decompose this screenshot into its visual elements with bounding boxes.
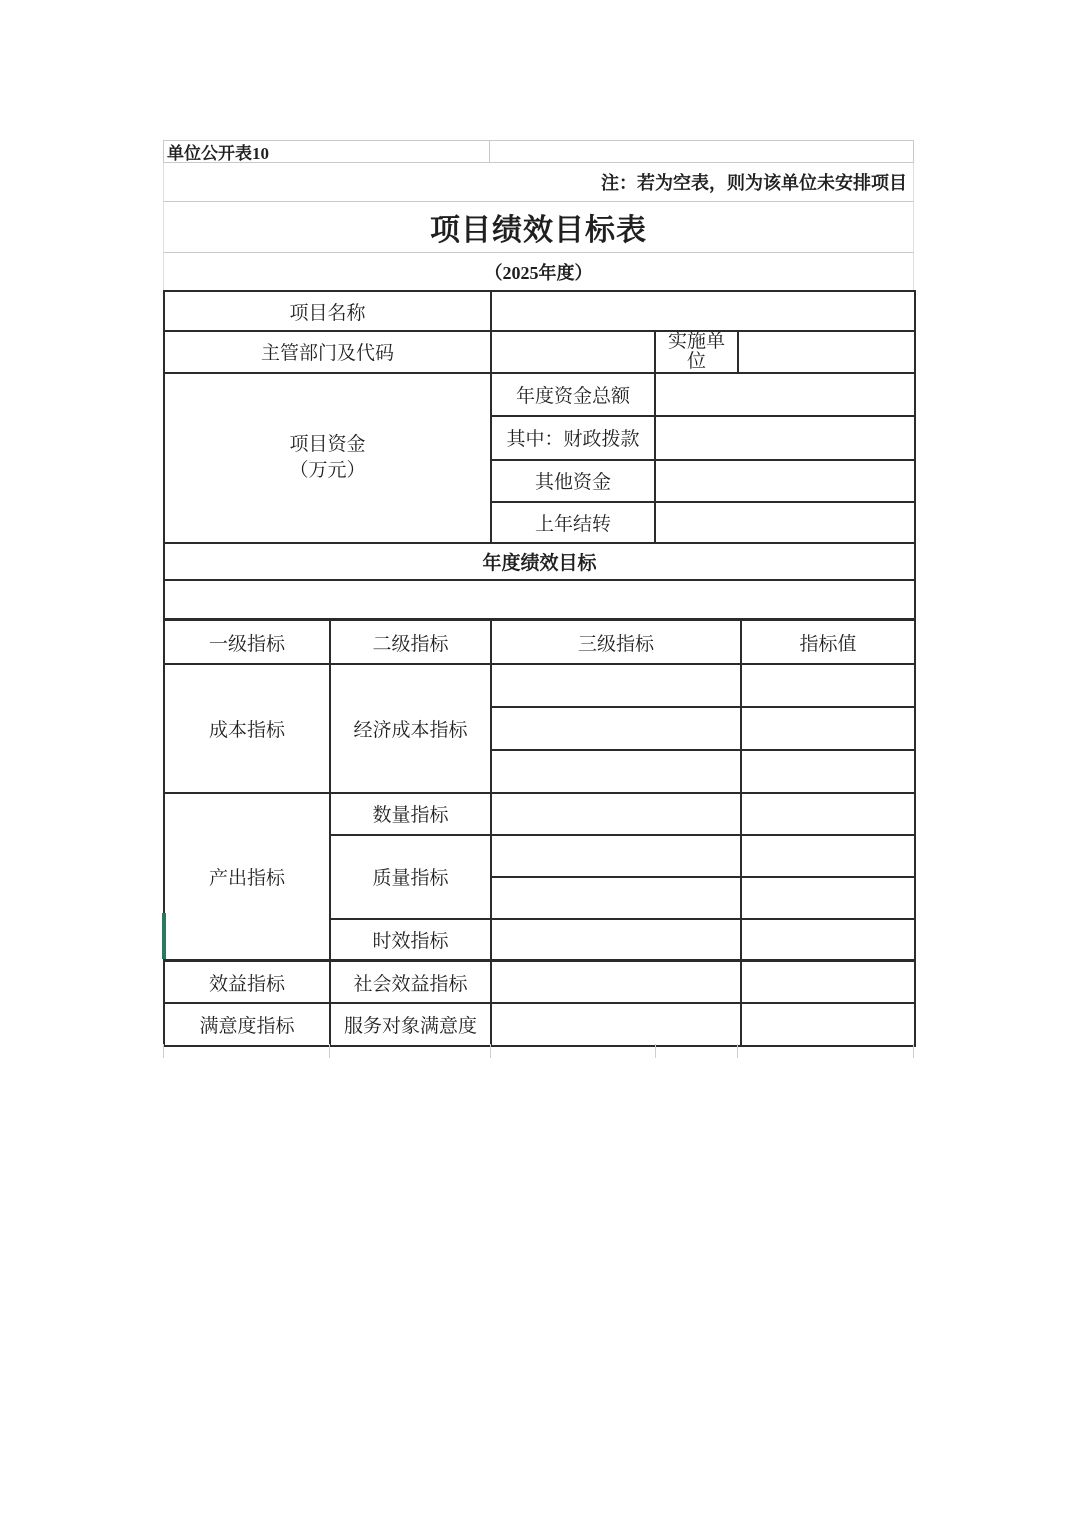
col-header-level1: 一级指标	[164, 620, 330, 664]
department-value-cell[interactable]	[491, 331, 655, 373]
indicator-value-cell[interactable]	[741, 664, 915, 707]
main-table: 项目名称 主管部门及代码 实施单位 项目资金 （万元） 年度资金总额 其中：财政…	[163, 290, 916, 1047]
col-header-level2: 二级指标	[330, 620, 491, 664]
indicator-value-cell[interactable]	[741, 1003, 915, 1046]
level3-detail-cell[interactable]	[491, 793, 741, 835]
level2-cell-timeliness: 时效指标	[330, 919, 491, 961]
col-header-value: 指标值	[741, 620, 915, 664]
gridline-stub	[490, 1044, 491, 1058]
document-canvas: 单位公开表10 注：若为空表，则为该单位未安排项目 项目绩效目标表 （2025年…	[0, 0, 1074, 1520]
funds-item-label-cell: 年度资金总额	[491, 373, 655, 416]
gridline-stub	[329, 1044, 330, 1058]
funds-item-label-cell: 其中：财政拨款	[491, 416, 655, 460]
level1-cell-satisfaction: 满意度指标	[164, 1003, 330, 1046]
level2-cell-economic-cost: 经济成本指标	[330, 664, 491, 793]
note-text: 注：若为空表，则为该单位未安排项目	[601, 169, 907, 195]
indicator-value-cell[interactable]	[741, 750, 915, 793]
indicator-value-cell[interactable]	[741, 707, 915, 750]
department-label-cell: 主管部门及代码	[164, 331, 491, 373]
level3-detail-cell[interactable]	[491, 750, 741, 793]
gridline-divider	[489, 141, 490, 162]
gridline-stub	[163, 1044, 164, 1058]
funds-item-value-cell[interactable]	[655, 460, 915, 502]
col-header-level3: 三级指标	[491, 620, 741, 664]
funds-label-cell: 项目资金 （万元）	[164, 373, 491, 543]
indicator-value-cell[interactable]	[741, 835, 915, 877]
level3-detail-cell[interactable]	[491, 919, 741, 961]
level3-detail-cell[interactable]	[491, 961, 741, 1003]
note-row: 注：若为空表，则为该单位未安排项目	[163, 163, 914, 202]
level3-detail-cell[interactable]	[491, 707, 741, 750]
project-name-value-cell[interactable]	[491, 291, 915, 331]
project-name-label-cell: 项目名称	[164, 291, 491, 331]
level2-cell-quantity: 数量指标	[330, 793, 491, 835]
level2-cell-quality: 质量指标	[330, 835, 491, 919]
gridline-stub	[913, 1044, 914, 1058]
sheet-label: 单位公开表10	[167, 139, 269, 164]
level3-detail-cell[interactable]	[491, 664, 741, 707]
title-row: 项目绩效目标表	[163, 202, 914, 253]
indicator-value-cell[interactable]	[741, 793, 915, 835]
subtitle-row: （2025年度）	[163, 253, 914, 290]
overall-goal-cell[interactable]	[164, 580, 915, 620]
level1-cell-output: 产出指标	[164, 793, 330, 961]
funds-item-value-cell[interactable]	[655, 502, 915, 543]
performance-section-title-cell: 年度绩效目标	[164, 543, 915, 580]
gridline-stub	[655, 1044, 656, 1058]
level3-detail-cell[interactable]	[491, 877, 741, 919]
level3-detail-cell[interactable]	[491, 1003, 741, 1046]
impl-unit-value-cell[interactable]	[738, 331, 915, 373]
indicator-value-cell[interactable]	[741, 919, 915, 961]
level3-detail-cell[interactable]	[491, 835, 741, 877]
funds-item-value-cell[interactable]	[655, 373, 915, 416]
impl-unit-label-cell: 实施单位	[655, 331, 738, 373]
indicator-value-cell[interactable]	[741, 877, 915, 919]
page-subtitle: （2025年度）	[485, 259, 593, 285]
level2-cell-service-satisfaction: 服务对象满意度	[330, 1003, 491, 1046]
level1-cell-cost: 成本指标	[164, 664, 330, 793]
level2-cell-social-benefit: 社会效益指标	[330, 961, 491, 1003]
page-title: 项目绩效目标表	[430, 205, 647, 249]
gridline-stub	[737, 1044, 738, 1058]
indicator-value-cell[interactable]	[741, 961, 915, 1003]
level1-cell-benefit: 效益指标	[164, 961, 330, 1003]
sheet-label-row: 单位公开表10	[163, 140, 914, 163]
funds-item-label-cell: 上年结转	[491, 502, 655, 543]
selection-marker	[162, 913, 166, 959]
funds-item-label-cell: 其他资金	[491, 460, 655, 502]
funds-item-value-cell[interactable]	[655, 416, 915, 460]
